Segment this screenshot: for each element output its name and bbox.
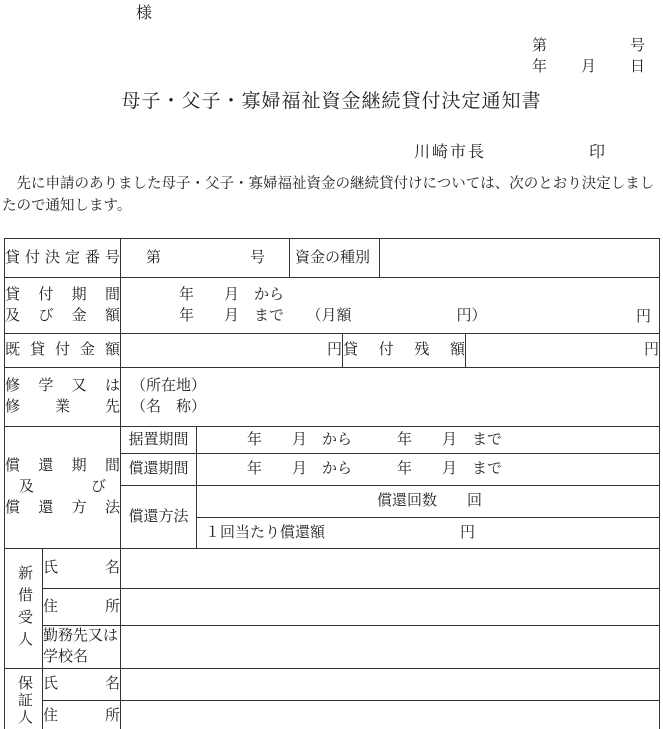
loan-to-line: 年 月 まで （月額 円）	[121, 306, 659, 327]
decision-form-table: 貸付決定番号 第 号 資金の種別 貸付期間 及び金額 年 月 から 年 月 まで…	[4, 238, 660, 729]
new-borrower-label: 新借受人	[5, 549, 43, 669]
doc-no-suffix: 号	[630, 36, 645, 57]
date-year-label: 年	[532, 57, 547, 78]
loan-label-line-1: 貸付期間	[5, 285, 120, 306]
borrower-address-value-cell	[121, 589, 660, 626]
school-label-line-2: 修業先	[5, 397, 120, 418]
repayment-section-label: 償還期間 及び 償還方法	[5, 427, 121, 549]
document-number-line: 第 号	[532, 36, 645, 57]
seal-placeholder: 印	[589, 139, 605, 162]
repayment-count-cell: 償還回数 回	[197, 486, 660, 518]
repayment-period-label: 償還期間	[121, 454, 197, 486]
paragraph-line-2: たので通知します。	[2, 196, 663, 218]
decision-no-prefix: 第	[146, 248, 161, 269]
loan-balance-value-cell: 円	[466, 334, 660, 368]
grace-period-label: 据置期間	[121, 427, 197, 454]
fund-type-value-cell	[380, 239, 660, 278]
page-title: 母子・父子・寡婦福祉資金継続貸付決定通知書	[0, 91, 663, 113]
recipient-honorific: 様	[136, 0, 152, 23]
grace-period-line: 年 月 から 年 月 まで	[197, 430, 659, 451]
repayment-per-amount-line: １回当たり償還額 円	[197, 523, 659, 544]
already-loaned-value-cell: 円	[121, 334, 343, 368]
fund-type-label: 資金の種別	[290, 239, 380, 278]
loan-balance-label: 貸付残額	[343, 334, 466, 368]
date-day-label: 日	[630, 57, 645, 78]
school-value-cell: （所在地） （名 称）	[121, 368, 660, 427]
borrower-name-label: 氏名	[43, 549, 121, 589]
decision-number-label: 貸付決定番号	[5, 239, 121, 278]
decision-number-value-cell: 第 号	[121, 239, 290, 278]
borrower-name-value-cell	[121, 549, 660, 589]
borrower-address-label: 住所	[43, 589, 121, 626]
date-month-label: 月	[581, 57, 596, 78]
paragraph-line-1: 先に申請のありました母子・父子・寡婦福祉資金の継続貸付けについては、次のとおり決…	[2, 174, 663, 196]
guarantor-address-label: 住所	[43, 701, 121, 729]
borrower-workplace-label: 勤務先又は学校名	[43, 626, 121, 669]
borrower-workplace-value-cell	[121, 626, 660, 669]
repayment-period-value-cell: 年 月 から 年 月 まで	[197, 454, 660, 486]
decision-no-suffix: 号	[250, 248, 265, 269]
loan-period-amount-value-cell: 年 月 から 年 月 まで （月額 円） 円	[121, 278, 660, 334]
already-loaned-label: 既貸付金額	[5, 334, 121, 368]
repayment-period-line: 年 月 から 年 月 まで	[197, 459, 659, 480]
doc-no-prefix: 第	[532, 36, 547, 57]
repayment-label-line-2: 及び	[5, 477, 120, 498]
loan-period-amount-label: 貸付期間 及び金額	[5, 278, 121, 334]
issuer-name: 川崎市長	[414, 139, 486, 162]
repayment-label-line-1: 償還期間	[5, 456, 120, 477]
notification-paragraph: 先に申請のありました母子・父子・寡婦福祉資金の継続貸付けについては、次のとおり決…	[2, 174, 663, 217]
loan-total-yen-unit: 円	[636, 307, 651, 328]
guarantor-name-value-cell	[121, 669, 660, 701]
repayment-method-label: 償還方法	[121, 486, 197, 549]
guarantor-address-value-cell	[121, 701, 660, 729]
school-location-line: （所在地）	[121, 376, 659, 397]
school-label-line-1: 修学又は	[5, 376, 120, 397]
loan-label-line-2: 及び金額	[5, 306, 120, 327]
loan-from-line: 年 月 から	[121, 285, 659, 306]
repayment-count-line: 償還回数 回	[197, 491, 659, 512]
school-name-line: （名 称）	[121, 397, 659, 418]
guarantor-name-label: 氏名	[43, 669, 121, 701]
document-date-line: 年 月 日	[532, 57, 645, 78]
school-label: 修学又は 修業先	[5, 368, 121, 427]
guarantor-label: 保証人	[5, 669, 43, 729]
repayment-per-amount-cell: １回当たり償還額 円	[197, 518, 660, 549]
document-number-block: 第 号 年 月 日	[532, 36, 645, 78]
grace-period-value-cell: 年 月 から 年 月 まで	[197, 427, 660, 454]
repayment-label-line-3: 償還方法	[5, 498, 120, 519]
